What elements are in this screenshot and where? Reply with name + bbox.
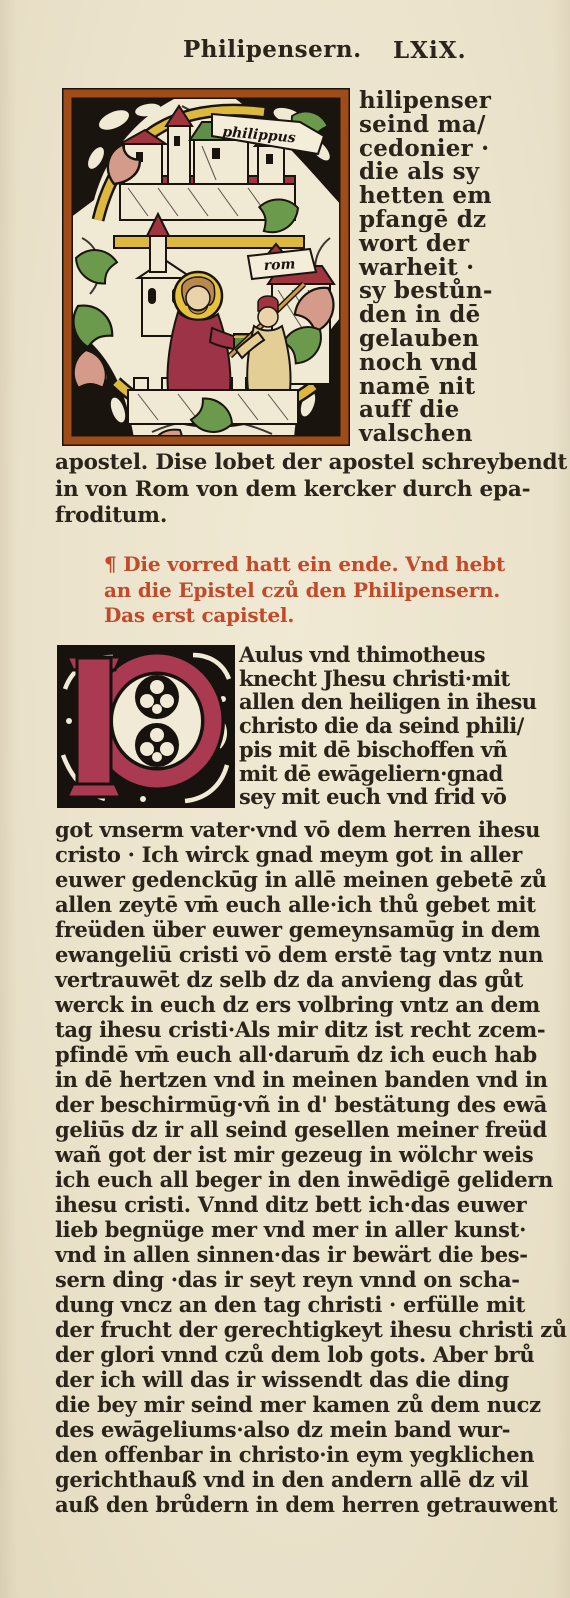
- intro-continuation: apostel. Dise lobet der apostel schreybe…: [55, 450, 527, 530]
- woodcut-illustration: philippus rom: [62, 88, 350, 446]
- page-title: Philipensern.: [183, 36, 362, 63]
- text-line: gelauben: [359, 327, 525, 351]
- text-line: des ewāgeliums·also dz mein band wur-: [55, 1417, 567, 1442]
- text-line: pfangē dz: [359, 208, 525, 232]
- text-line: der frucht der gerechtigkeyt ihesu chris…: [55, 1317, 567, 1342]
- decorated-initial: P: [57, 645, 235, 808]
- text-line: christo die da seind phili/: [239, 714, 536, 738]
- text-line: knecht Jhesu christi·mit: [239, 667, 536, 691]
- text-line: allen den heiligen in ihesu: [239, 690, 536, 714]
- text-line: cedonier ·: [359, 137, 525, 161]
- text-line: ¶ Die vorred hatt ein ende. Vnd hebt: [104, 552, 505, 578]
- text-line: wañ got der ist mir gezeug in wölchr wei…: [55, 1142, 567, 1167]
- text-line: Das erst capistel.: [104, 603, 505, 629]
- text-line: auß den brůdern in dem herren getrauwent: [55, 1492, 567, 1517]
- text-line: got vnserm vater·vnd vō dem herren ihesu: [55, 817, 567, 842]
- text-line: pfindē vm̄ euch all·darum̄ dz ich euch h…: [55, 1042, 567, 1067]
- text-line: cristo · Ich wirck gnad meym got in alle…: [55, 842, 567, 867]
- text-line: sy bestůn-: [359, 279, 525, 303]
- text-line: vnd in allen sinnen·das ir bewärt die be…: [55, 1242, 567, 1267]
- banner-rom-label: rom: [263, 256, 295, 274]
- text-line: dung vncz an den tag christi · erfülle m…: [55, 1292, 567, 1317]
- text-line: ihesu cristi. Vnnd ditz bett ich·das euw…: [55, 1192, 567, 1217]
- initial-letter-P: P: [57, 645, 235, 808]
- text-line: allen zeytē vm̄ euch alle·ich thů gebet …: [55, 892, 567, 917]
- text-line: den in dē: [359, 303, 525, 327]
- body-text: got vnserm vater·vnd vō dem herren ihesu…: [55, 817, 567, 1517]
- text-line: der beschirmūg·vñ in d' bestätung des ew…: [55, 1092, 567, 1117]
- text-line: freüden über euwer gemeynsamūg in dem: [55, 917, 567, 942]
- text-line: valschen: [359, 422, 525, 446]
- folio-number: LXiX.: [393, 37, 467, 64]
- running-header: Philipensern. LXiX.: [0, 36, 570, 68]
- text-line: namē nit: [359, 375, 525, 399]
- text-line: apostel. Dise lobet der apostel schreybe…: [55, 450, 527, 477]
- text-line: der ich will das ir wissendt das die din…: [55, 1367, 567, 1392]
- text-line: die als sy: [359, 160, 525, 184]
- text-line: an die Epistel czů den Philipensern.: [104, 578, 505, 604]
- text-line: geliūs dz ir all seind gesellen meiner f…: [55, 1117, 567, 1142]
- rubric: ¶ Die vorred hatt ein ende. Vnd hebtan d…: [104, 552, 505, 629]
- text-line: in von Rom von dem kercker durch epa-: [55, 477, 527, 504]
- text-line: ich euch all beger in den inwēdigē gelid…: [55, 1167, 567, 1192]
- text-line: die bey mir seind mer kamen zů dem nucz: [55, 1392, 567, 1417]
- text-line: in dē hertzen vnd in meinen banden vnd i…: [55, 1067, 567, 1092]
- text-line: mit dē ewāgeliern·gnad: [239, 762, 536, 786]
- text-line: den offenbar in christo·in eym yegkliche…: [55, 1442, 567, 1467]
- text-line: sern ding ·das ir seyt reyn vnnd on scha…: [55, 1267, 567, 1292]
- text-line: Aulus vnd thimotheus: [239, 643, 536, 667]
- text-line: froditum.: [55, 503, 527, 530]
- text-line: warheit ·: [359, 256, 525, 280]
- text-line: hilipenser: [359, 89, 525, 113]
- text-line: auff die: [359, 398, 525, 422]
- text-line: ewangeliū cristi vō dem erstē tag vntz n…: [55, 942, 567, 967]
- text-line: wort der: [359, 232, 525, 256]
- text-line: gerichthauß vnd in den andern allē dz vi…: [55, 1467, 567, 1492]
- text-line: werck in euch dz ers volbring vntz an de…: [55, 992, 567, 1017]
- text-line: lieb begnüge mer vnd mer in aller kunst·: [55, 1217, 567, 1242]
- text-line: sey mit euch vnd frid vō: [239, 785, 536, 809]
- chapter-opening: Aulus vnd thimotheusknecht Jhesu christi…: [239, 643, 536, 809]
- text-line: der glori vnnd czů dem lob gots. Aber br…: [55, 1342, 567, 1367]
- text-line: noch vnd: [359, 351, 525, 375]
- text-line: pis mit dē bischoffen vñ: [239, 738, 536, 762]
- intro-column: hilipenserseind ma/cedonier ·die als syh…: [359, 89, 525, 446]
- woodcut-initial-P-scene: philippus rom: [62, 88, 350, 446]
- incunabulum-page: { "header": { "title": "Philipensern.", …: [0, 0, 570, 1598]
- text-line: hetten em: [359, 184, 525, 208]
- text-line: vertrauwēt dz selb dz da anvieng das gůt: [55, 967, 567, 992]
- text-line: seind ma/: [359, 113, 525, 137]
- text-line: euwer gedenckūg in allē meinen gebetē zů: [55, 867, 567, 892]
- text-line: tag ihesu cristi·Als mir ditz ist recht …: [55, 1017, 567, 1042]
